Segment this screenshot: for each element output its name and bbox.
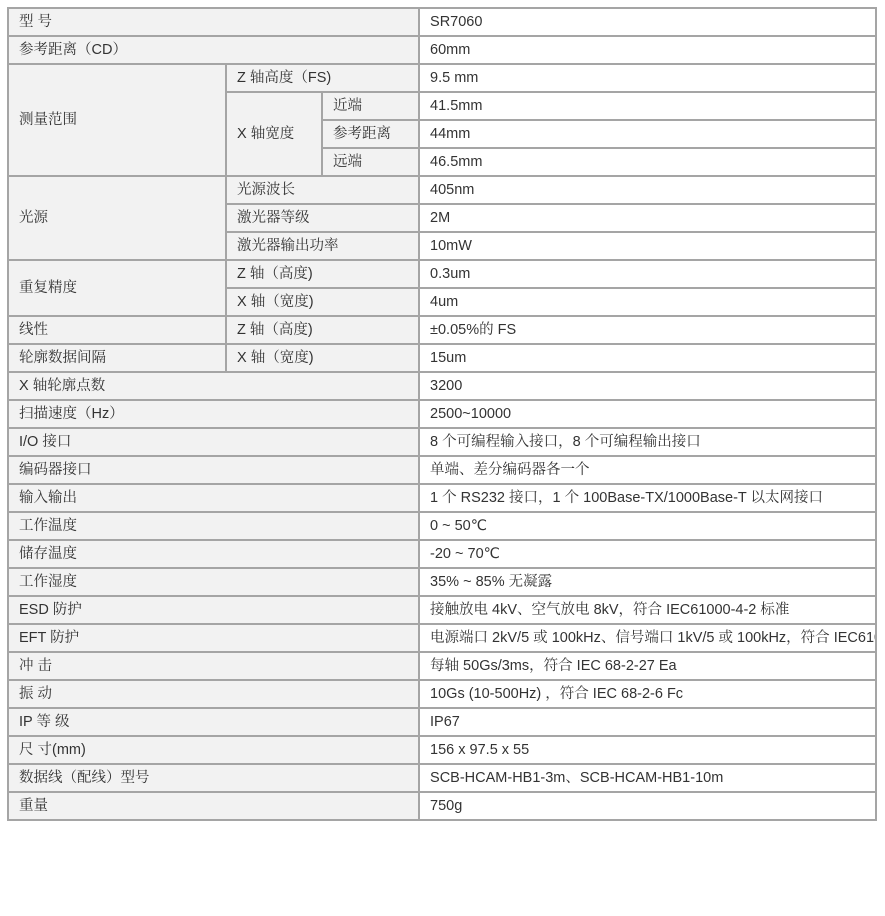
ref-distance-value: 60mm	[419, 36, 876, 64]
near-label: 近端	[322, 92, 419, 120]
x-width-label: X 轴宽度	[226, 92, 322, 176]
row-value: -20 ~ 70℃	[419, 540, 876, 568]
table-row: 尺 寸(mm) 156 x 97.5 x 55	[8, 736, 876, 764]
table-row: 编码器接口 单端、差分编码器各一个	[8, 456, 876, 484]
row-label: 工作温度	[8, 512, 419, 540]
wavelength-value: 405nm	[419, 176, 876, 204]
linearity-label: 线性	[8, 316, 226, 344]
z-height-value: 9.5 mm	[419, 64, 876, 92]
profile-interval-value: 15um	[419, 344, 876, 372]
table-row-linearity: 线性 Z 轴（高度) ±0.05%的 FS	[8, 316, 876, 344]
table-row-repeat-z: 重复精度 Z 轴（高度) 0.3um	[8, 260, 876, 288]
ref-distance-label: 参考距离（CD）	[8, 36, 419, 64]
laser-class-value: 2M	[419, 204, 876, 232]
row-value: 2500~10000	[419, 400, 876, 428]
row-value: 0 ~ 50℃	[419, 512, 876, 540]
table-row-ref-distance: 参考距离（CD） 60mm	[8, 36, 876, 64]
row-label: 数据线（配线）型号	[8, 764, 419, 792]
row-label: 储存温度	[8, 540, 419, 568]
row-value: IP67	[419, 708, 876, 736]
far-value: 46.5mm	[419, 148, 876, 176]
row-label: IP 等 级	[8, 708, 419, 736]
wavelength-label: 光源波长	[226, 176, 419, 204]
row-label: 冲 击	[8, 652, 419, 680]
row-value: 3200	[419, 372, 876, 400]
table-row: 输入输出 1 个 RS232 接口，1 个 100Base-TX/1000Bas…	[8, 484, 876, 512]
row-value: 1 个 RS232 接口，1 个 100Base-TX/1000Base-T 以…	[419, 484, 876, 512]
row-value: 电源端口 2kV/5 或 100kHz、信号端口 1kV/5 或 100kHz，…	[419, 624, 876, 652]
row-label: 重量	[8, 792, 419, 820]
z-height-label: Z 轴高度（FS)	[226, 64, 419, 92]
table-row: ESD 防护 接触放电 4kV、空气放电 8kV，符合 IEC61000-4-2…	[8, 596, 876, 624]
row-value: 接触放电 4kV、空气放电 8kV，符合 IEC61000-4-2 标准	[419, 596, 876, 624]
table-row-measure-z: 测量范围 Z 轴高度（FS) 9.5 mm	[8, 64, 876, 92]
table-row: 储存温度 -20 ~ 70℃	[8, 540, 876, 568]
row-value: 156 x 97.5 x 55	[419, 736, 876, 764]
row-label: 工作湿度	[8, 568, 419, 596]
table-row: 振 动 10Gs (10-500Hz) ，符合 IEC 68-2-6 Fc	[8, 680, 876, 708]
near-value: 41.5mm	[419, 92, 876, 120]
light-source-label: 光源	[8, 176, 226, 260]
row-value: 750g	[419, 792, 876, 820]
laser-power-label: 激光器输出功率	[226, 232, 419, 260]
table-row: 扫描速度（Hz） 2500~10000	[8, 400, 876, 428]
row-label: 扫描速度（Hz）	[8, 400, 419, 428]
row-value: 10Gs (10-500Hz) ，符合 IEC 68-2-6 Fc	[419, 680, 876, 708]
repeat-z-label: Z 轴（高度)	[226, 260, 419, 288]
table-row: 冲 击 每轴 50Gs/3ms，符合 IEC 68-2-27 Ea	[8, 652, 876, 680]
table-row: I/O 接口 8 个可编程输入接口，8 个可编程输出接口	[8, 428, 876, 456]
spec-table: 型 号 SR7060 参考距离（CD） 60mm 测量范围 Z 轴高度（FS) …	[7, 7, 877, 821]
table-row: EFT 防护 电源端口 2kV/5 或 100kHz、信号端口 1kV/5 或 …	[8, 624, 876, 652]
row-value: SCB-HCAM-HB1-3m、SCB-HCAM-HB1-10m	[419, 764, 876, 792]
linearity-value: ±0.05%的 FS	[419, 316, 876, 344]
table-row: IP 等 级 IP67	[8, 708, 876, 736]
model-value: SR7060	[419, 8, 876, 36]
row-label: I/O 接口	[8, 428, 419, 456]
profile-interval-label: 轮廓数据间隔	[8, 344, 226, 372]
repeatability-label: 重复精度	[8, 260, 226, 316]
profile-interval-sub-label: X 轴（宽度)	[226, 344, 419, 372]
row-label: 输入输出	[8, 484, 419, 512]
row-value: 35% ~ 85% 无凝露	[419, 568, 876, 596]
linearity-sub-label: Z 轴（高度)	[226, 316, 419, 344]
repeat-x-value: 4um	[419, 288, 876, 316]
table-row: 工作湿度 35% ~ 85% 无凝露	[8, 568, 876, 596]
measure-range-label: 测量范围	[8, 64, 226, 176]
row-label: EFT 防护	[8, 624, 419, 652]
model-label: 型 号	[8, 8, 419, 36]
laser-class-label: 激光器等级	[226, 204, 419, 232]
laser-power-value: 10mW	[419, 232, 876, 260]
row-value: 每轴 50Gs/3ms，符合 IEC 68-2-27 Ea	[419, 652, 876, 680]
row-label: ESD 防护	[8, 596, 419, 624]
ref-label: 参考距离	[322, 120, 419, 148]
row-label: 尺 寸(mm)	[8, 736, 419, 764]
table-row: 数据线（配线）型号 SCB-HCAM-HB1-3m、SCB-HCAM-HB1-1…	[8, 764, 876, 792]
row-value: 8 个可编程输入接口，8 个可编程输出接口	[419, 428, 876, 456]
table-row: 重量 750g	[8, 792, 876, 820]
repeat-x-label: X 轴（宽度)	[226, 288, 419, 316]
row-label: 振 动	[8, 680, 419, 708]
row-value: 单端、差分编码器各一个	[419, 456, 876, 484]
table-row: 工作温度 0 ~ 50℃	[8, 512, 876, 540]
repeat-z-value: 0.3um	[419, 260, 876, 288]
row-label: X 轴轮廓点数	[8, 372, 419, 400]
table-row-profile-interval: 轮廓数据间隔 X 轴（宽度) 15um	[8, 344, 876, 372]
row-label: 编码器接口	[8, 456, 419, 484]
table-row-model: 型 号 SR7060	[8, 8, 876, 36]
far-label: 远端	[322, 148, 419, 176]
ref-value: 44mm	[419, 120, 876, 148]
table-row-wavelength: 光源 光源波长 405nm	[8, 176, 876, 204]
table-row: X 轴轮廓点数 3200	[8, 372, 876, 400]
